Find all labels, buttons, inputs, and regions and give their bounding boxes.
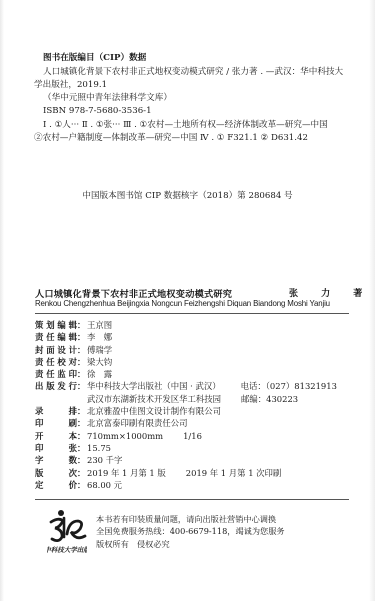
- cip-heading: 图书在版编目（CIP）数据: [43, 52, 146, 65]
- credit-colon: ：: [77, 380, 86, 392]
- credit-colon: ：: [77, 331, 86, 343]
- credit-value: 傅瑞学: [86, 344, 112, 356]
- cip-subject-line-1: Ⅰ . ①人··· Ⅱ . ①张··· Ⅲ . ①农村—土地所有权—经济体制改革…: [43, 119, 328, 132]
- cip-verification-number: 中国版本图书馆 CIP 数据核字（2018）第 280684 号: [0, 189, 375, 201]
- credit-value: 王京图: [86, 319, 112, 331]
- copyright-page: 图书在版编目（CIP）数据 人口城镇化背景下农村非正式地权变动模式研究 / 张力…: [0, 0, 375, 601]
- credit-colon: ：: [77, 430, 86, 442]
- credit-label: 字数: [35, 454, 77, 466]
- credit-label: 版次: [35, 467, 77, 479]
- notice-hotline: 全国免费服务热线：400-6679-118，竭诚为您服务: [96, 525, 285, 537]
- divider-bottom: [35, 499, 349, 500]
- credit-extra: 2019 年 1 月第 1 次印刷: [186, 468, 282, 478]
- credit-value: 北京雅盈中佳图文设计制作有限公司: [86, 405, 221, 417]
- credit-colon: ：: [77, 319, 86, 331]
- credit-row: 武汉市东湖新技术开发区华工科技园邮编：430223: [35, 393, 337, 405]
- credit-label: 定价: [35, 479, 77, 491]
- credit-row: 印张：15.75: [35, 442, 337, 454]
- credit-colon: ：: [77, 405, 86, 417]
- cip-subject-line-2: ②农村—户籍制度—体制改革—研究—中国 Ⅳ . ① F321.1 ② D631.…: [34, 132, 308, 145]
- credit-row: 封面设计：傅瑞学: [35, 344, 337, 356]
- credit-value: 梁大钧: [86, 356, 112, 368]
- credit-row: 策划编辑：王京图: [35, 319, 337, 331]
- book-author: 张 力 著: [289, 286, 368, 299]
- credit-value: 徐 露: [86, 368, 112, 380]
- publisher-notice: 本书若有印装质量问题，请向出版社营销中心调换 全国免费服务热线：400-6679…: [96, 513, 285, 550]
- credit-row: 版次：2019 年 1 月第 1 版2019 年 1 月第 1 次印刷: [35, 467, 337, 479]
- cip-publisher-line: 学出版社，2019.1: [34, 79, 107, 92]
- credit-label: 责任校对: [35, 356, 77, 368]
- cip-title-line: 人口城镇化背景下农村非正式地权变动模式研究 / 张力著 . —武汉：华中科技大: [43, 66, 343, 79]
- credit-row: 责任编辑：李 娜: [35, 331, 337, 343]
- credit-row: 责任监印：徐 露: [35, 368, 337, 380]
- credit-label: 印刷: [35, 417, 77, 429]
- credit-row: 出版发行：华中科技大学出版社（中国 · 武汉）电话：（027）81321913: [35, 380, 337, 392]
- credit-row: 开本：710mm×1000mm1/16: [35, 430, 337, 442]
- credit-label: 责任编辑: [35, 331, 77, 343]
- credit-row: 责任校对：梁大钧: [35, 356, 337, 368]
- credit-value: 李 娜: [86, 331, 112, 343]
- notice-copyright: 版权所有 侵权必究: [96, 538, 285, 550]
- credit-colon: ：: [77, 368, 86, 380]
- credit-colon: ：: [77, 417, 86, 429]
- credit-value: 武汉市东湖新技术开发区华工科技园邮编：430223: [86, 393, 298, 405]
- credit-value: 230 千字: [86, 454, 122, 466]
- publisher-logo-icon: 华中科技大学出版社: [47, 508, 87, 556]
- credit-extra: 1/16: [183, 431, 202, 441]
- credit-colon: [77, 393, 86, 405]
- book-title-chinese: 人口城镇化背景下农村非正式地权变动模式研究: [35, 286, 232, 300]
- credit-value: 北京富泰印刷有限责任公司: [86, 417, 188, 429]
- credit-colon: ：: [77, 356, 86, 368]
- page-edge-left: [0, 0, 4, 601]
- credit-value: 15.75: [86, 442, 111, 454]
- credit-colon: ：: [77, 467, 86, 479]
- divider-top: [35, 313, 349, 314]
- credit-row: 字数：230 千字: [35, 454, 337, 466]
- credit-colon: ：: [77, 344, 86, 356]
- credit-value: 华中科技大学出版社（中国 · 武汉）电话：（027）81321913: [86, 380, 337, 392]
- credit-label: 责任监印: [35, 368, 77, 380]
- credit-label: 开本: [35, 430, 77, 442]
- notice-quality: 本书若有印装质量问题，请向出版社营销中心调换: [96, 513, 285, 525]
- book-title-pinyin: Renkou Chengzhenhua Beijingxia Nongcun F…: [35, 299, 330, 308]
- credits-list: 策划编辑：王京图责任编辑：李 娜封面设计：傅瑞学责任校对：梁大钧责任监印：徐 露…: [35, 319, 337, 491]
- page-edge-right: [369, 0, 375, 601]
- credit-row: 印刷：北京富泰印刷有限责任公司: [35, 417, 337, 429]
- cip-series-line: （华中元照中青年法律科学文库）: [43, 92, 172, 105]
- credit-colon: ：: [77, 479, 86, 491]
- credit-row: 录排：北京雅盈中佳图文设计制作有限公司: [35, 405, 337, 417]
- credit-colon: ：: [77, 454, 86, 466]
- credit-label: 封面设计: [35, 344, 77, 356]
- credit-label: 策划编辑: [35, 319, 77, 331]
- credit-value: 2019 年 1 月第 1 版2019 年 1 月第 1 次印刷: [86, 467, 281, 479]
- credit-extra: 电话：（027）81321913: [241, 381, 337, 391]
- credit-label: 录排: [35, 405, 77, 417]
- credit-label: 印张: [35, 442, 77, 454]
- credit-value: 68.00 元: [86, 479, 122, 491]
- credit-label: [35, 393, 77, 405]
- credit-label: 出版发行: [35, 380, 77, 392]
- logo-caption: 华中科技大学出版社: [47, 546, 87, 554]
- cip-isbn: ISBN 978-7-5680-3536-1: [43, 105, 152, 118]
- credit-colon: ：: [77, 442, 86, 454]
- credit-extra: 邮编：430223: [241, 394, 298, 404]
- credit-row: 定价：68.00 元: [35, 479, 337, 491]
- credit-value: 710mm×1000mm1/16: [86, 430, 202, 442]
